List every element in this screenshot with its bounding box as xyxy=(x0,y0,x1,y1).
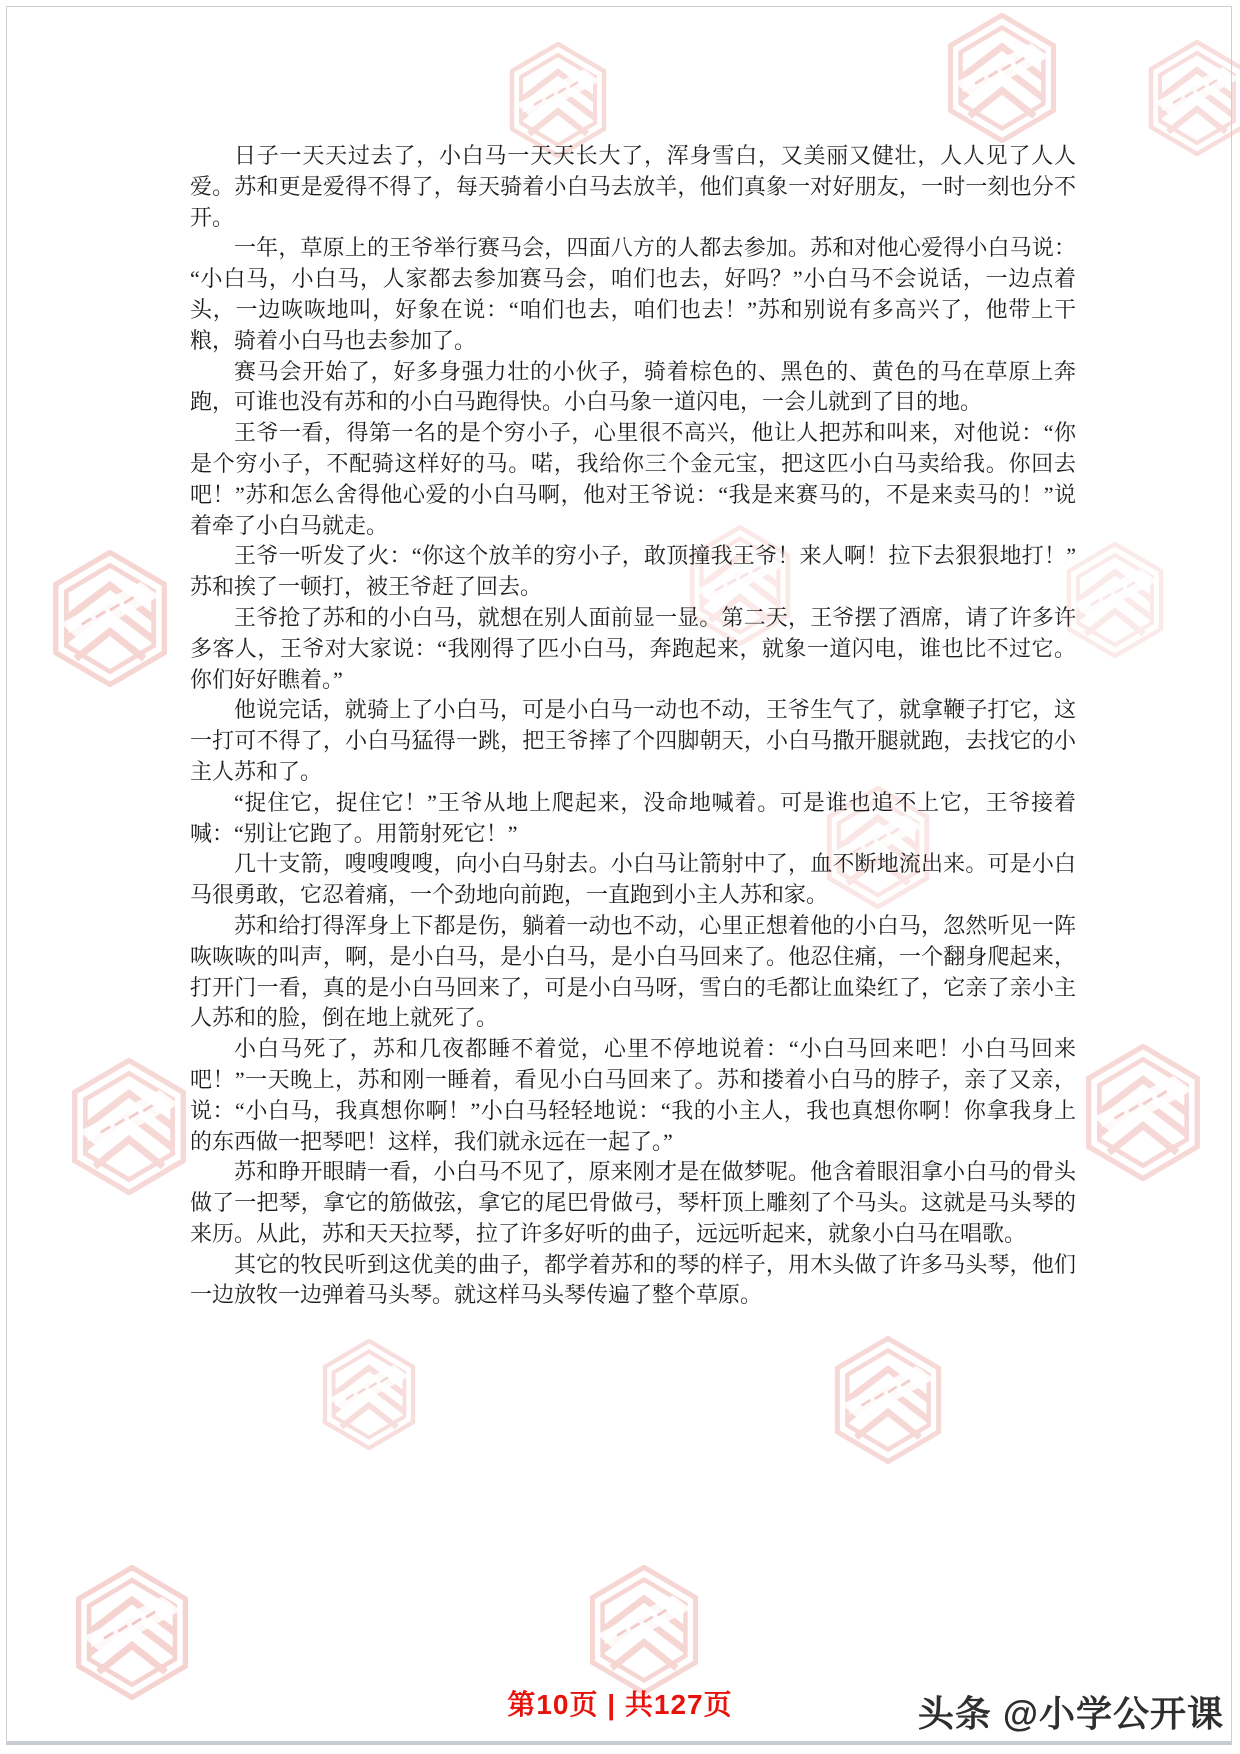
paragraph: 王爷一看，得第一名的是个穷小子，心里很不高兴，他让人把苏和叫来，对他说：“你是个… xyxy=(190,418,1076,541)
hexagon-chevron-watermark-icon xyxy=(833,1336,943,1464)
story-text: 日子一天天过去了，小白马一天天长大了，浑身雪白，又美丽又健壮，人人见了人人爱。苏… xyxy=(190,141,1076,1311)
paragraph: 赛马会开始了，好多身强力壮的小伙子，骑着棕色的、黑色的、黄色的马在草原上奔跑，可… xyxy=(190,357,1076,419)
paragraph: 日子一天天过去了，小白马一天天长大了，浑身雪白，又美丽又健壮，人人见了人人爱。苏… xyxy=(190,141,1076,233)
document-page: { "story": { "paragraphs": [ "日子一天天过去了，小… xyxy=(0,0,1240,1754)
hexagon-chevron-watermark-icon xyxy=(70,1058,188,1195)
hexagon-chevron-watermark-icon xyxy=(1147,40,1240,156)
paragraph: 小白马死了，苏和几夜都睡不着觉，心里不停地说着：“小白马回来吧！小白马回来吧！”… xyxy=(190,1034,1076,1157)
paragraph: 王爷一听发了火：“你这个放羊的穷小子，敢顶撞我王爷！来人啊！拉下去狠狠地打！”苏… xyxy=(190,541,1076,603)
hexagon-chevron-watermark-icon xyxy=(321,1339,417,1450)
paragraph: “捉住它，捉住它！”王爷从地上爬起来，没命地喊着。可是谁也追不上它，王爷接着喊：… xyxy=(190,788,1076,850)
hexagon-chevron-watermark-icon xyxy=(74,1565,190,1700)
paragraph: 他说完话，就骑上了小白马，可是小白马一动也不动，王爷生气了，就拿鞭子打它，这一打… xyxy=(190,695,1076,787)
hexagon-chevron-watermark-icon xyxy=(588,1565,700,1695)
paragraph: 苏和睁开眼睛一看，小白马不见了，原来刚才是在做梦呢。他含着眼泪拿小白马的骨头做了… xyxy=(190,1157,1076,1249)
paragraph: 苏和给打得浑身上下都是伤，躺着一动也不动，心里正想着他的小白马，忽然听见一阵咴咴… xyxy=(190,911,1076,1034)
paragraph: 一年，草原上的王爷举行赛马会，四面八方的人都去参加。苏和对他心爱得小白马说：“小… xyxy=(190,233,1076,356)
toutiao-credit-watermark: 头条 @小学公开课 xyxy=(918,1686,1224,1737)
hexagon-chevron-watermark-icon xyxy=(1084,1044,1202,1181)
paragraph: 王爷抢了苏和的小白马，就想在别人面前显一显。第二天，王爷摆了酒席，请了许多许多客… xyxy=(190,603,1076,695)
hexagon-chevron-watermark-icon xyxy=(51,550,169,687)
hexagon-chevron-watermark-icon xyxy=(1065,542,1165,658)
paragraph: 其它的牧民听到这优美的曲子，都学着苏和的琴的样子，用木头做了许多马头琴，他们一边… xyxy=(190,1250,1076,1312)
hexagon-chevron-watermark-icon xyxy=(946,13,1058,143)
paragraph: 几十支箭，嗖嗖嗖嗖，向小白马射去。小白马让箭射中了，血不断地流出来。可是小白马很… xyxy=(190,849,1076,911)
